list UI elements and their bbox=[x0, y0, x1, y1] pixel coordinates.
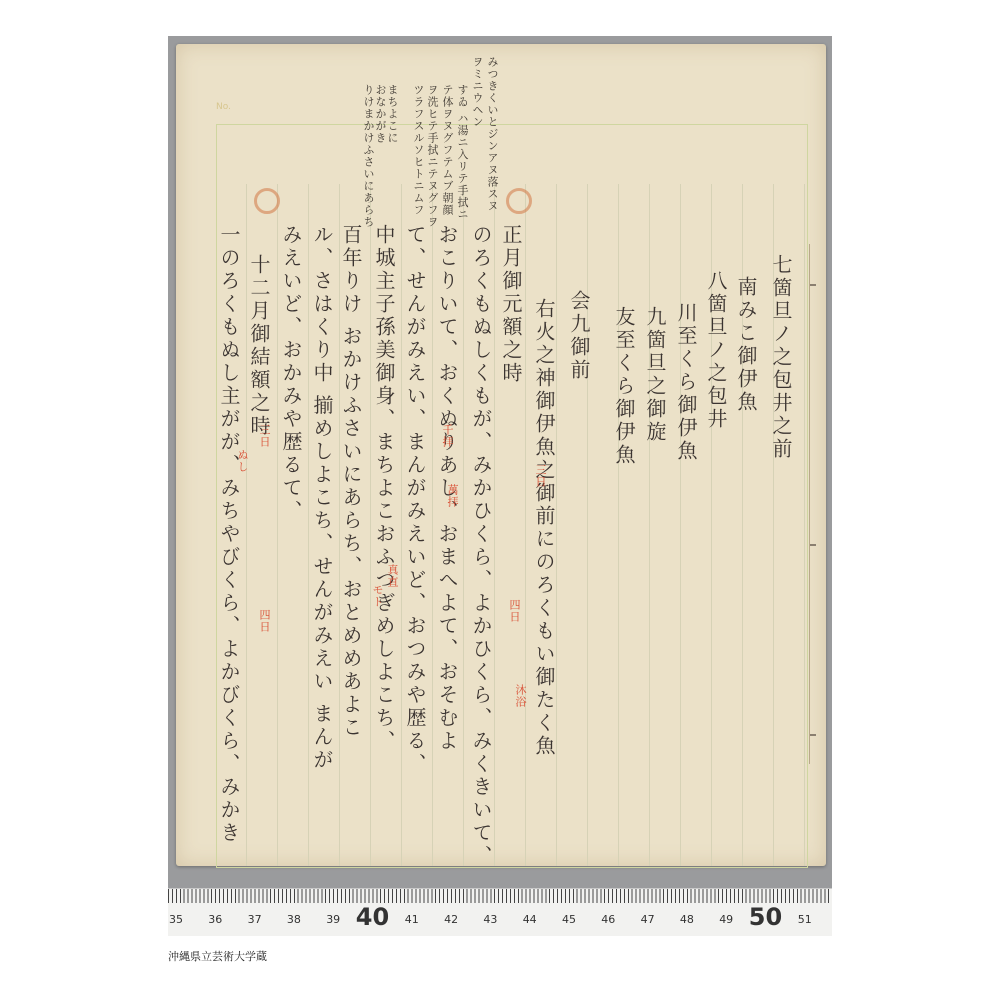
manuscript-column: 八箇旦ノ之包井 bbox=[703, 270, 729, 431]
red-annotation: 真直 bbox=[386, 564, 399, 588]
binding-edge bbox=[809, 244, 820, 764]
manuscript-column: て、せんがみえい、まんがみえいど、おつみや歴る、 bbox=[402, 224, 428, 776]
red-annotation: 三日 bbox=[534, 464, 547, 488]
top-note: おなかがき bbox=[374, 84, 387, 144]
ruler-number: 47 bbox=[641, 913, 655, 926]
stitch-mark bbox=[810, 284, 816, 286]
ruler-number: 43 bbox=[483, 913, 497, 926]
top-note: すゐ ハ湯ニ入リテ手拭ニ bbox=[456, 84, 469, 221]
ruler-number: 40 bbox=[356, 903, 389, 931]
ruler-number: 36 bbox=[208, 913, 222, 926]
red-annotation: 四日 bbox=[258, 609, 271, 633]
ruler-number: 37 bbox=[248, 913, 262, 926]
ruler-number: 42 bbox=[444, 913, 458, 926]
ruler-number: 50 bbox=[749, 903, 782, 931]
manuscript-column: みえいど、おかみや歴るて、 bbox=[278, 224, 304, 523]
top-note: りけまかけふさいにあらち bbox=[362, 84, 375, 228]
stitch-mark bbox=[810, 734, 816, 736]
manuscript-column: 十二月御結額之時 bbox=[246, 254, 272, 438]
red-annotation: 萬拝 bbox=[446, 484, 459, 508]
manuscript-column: 友至くら御伊魚 bbox=[611, 306, 637, 467]
ruler-number: 44 bbox=[523, 913, 537, 926]
manuscript-column: 正月御元額之時 bbox=[498, 224, 524, 385]
page-number-label: No. bbox=[216, 102, 231, 112]
manuscript-column: 九箇旦之御旋 bbox=[642, 306, 668, 444]
ruler-number: 45 bbox=[562, 913, 576, 926]
collection-caption: 沖縄県立芸術大学蔵 bbox=[168, 948, 267, 964]
red-annotation: 千拝 bbox=[441, 424, 454, 448]
seal-stamp-left bbox=[254, 188, 280, 214]
red-annotation: モト bbox=[371, 584, 384, 608]
manuscript-column: 七箇旦ノ之包井之前 bbox=[768, 254, 794, 461]
ruler-number: 48 bbox=[680, 913, 694, 926]
ruler-ticks bbox=[168, 889, 832, 903]
manuscript-column: 右火之神御伊魚之御前にのろくもい御たく魚 bbox=[531, 298, 557, 758]
manuscript-column: 川至くら御伊魚 bbox=[673, 302, 699, 463]
ruler-number: 35 bbox=[169, 913, 183, 926]
ruler-number: 46 bbox=[601, 913, 615, 926]
seal-stamp-right bbox=[506, 188, 532, 214]
manuscript-photo: No. みつきくいとジンアヌ落スヌヲミニウヘンすゐ ハ湯ニ入リテ手拭ニテ体ヲヌグ… bbox=[168, 36, 832, 936]
stitch-mark bbox=[810, 544, 816, 546]
top-note: まちよこに bbox=[386, 84, 399, 144]
ruler-number: 41 bbox=[405, 913, 419, 926]
top-note: ツラフスルソヒトニムフ bbox=[412, 84, 425, 216]
ruler-number: 51 bbox=[798, 913, 812, 926]
red-annotation: 沐浴 bbox=[514, 684, 527, 708]
manuscript-column: 会九御前 bbox=[566, 290, 592, 382]
top-note: ヲミニウヘン bbox=[471, 56, 484, 128]
red-annotation: 三日 bbox=[258, 424, 271, 448]
manuscript-column: 中城主子孫美御身、まちよこおふつぎめしよこち、 bbox=[371, 224, 397, 753]
red-annotation: ぬし bbox=[236, 449, 249, 473]
manuscript-column: ル、さはくり中 揃めしよこち、せんがみえい まんが bbox=[309, 224, 335, 772]
manuscript-column: のろくもぬしくもが、みかひくら、よかひくら、みくきいて、 bbox=[468, 224, 494, 868]
notebook-page: No. みつきくいとジンアヌ落スヌヲミニウヘンすゐ ハ湯ニ入リテ手拭ニテ体ヲヌグ… bbox=[176, 44, 826, 866]
manuscript-column: 百年りけ おかけふさいにあらち、おとめめあよこ bbox=[338, 224, 364, 739]
top-note: ヲ洗ヒテ手拭ニテヌグフヲ bbox=[426, 84, 439, 228]
ruler-number: 39 bbox=[326, 913, 340, 926]
top-note: みつきくいとジンアヌ落スヌ bbox=[486, 56, 499, 212]
red-annotation: 四日 bbox=[508, 599, 521, 623]
measuring-ruler: 3536373839404142434445464748495051 bbox=[168, 888, 832, 936]
ruler-number: 38 bbox=[287, 913, 301, 926]
manuscript-column: 一のろくもぬし主がが、みちやびくら、よかびくら、みかき bbox=[216, 224, 242, 845]
top-note: テ体ヲヌグフテムブ朝顔 bbox=[441, 84, 454, 216]
ruler-number: 49 bbox=[719, 913, 733, 926]
manuscript-column: 南みこ御伊魚 bbox=[733, 276, 759, 414]
